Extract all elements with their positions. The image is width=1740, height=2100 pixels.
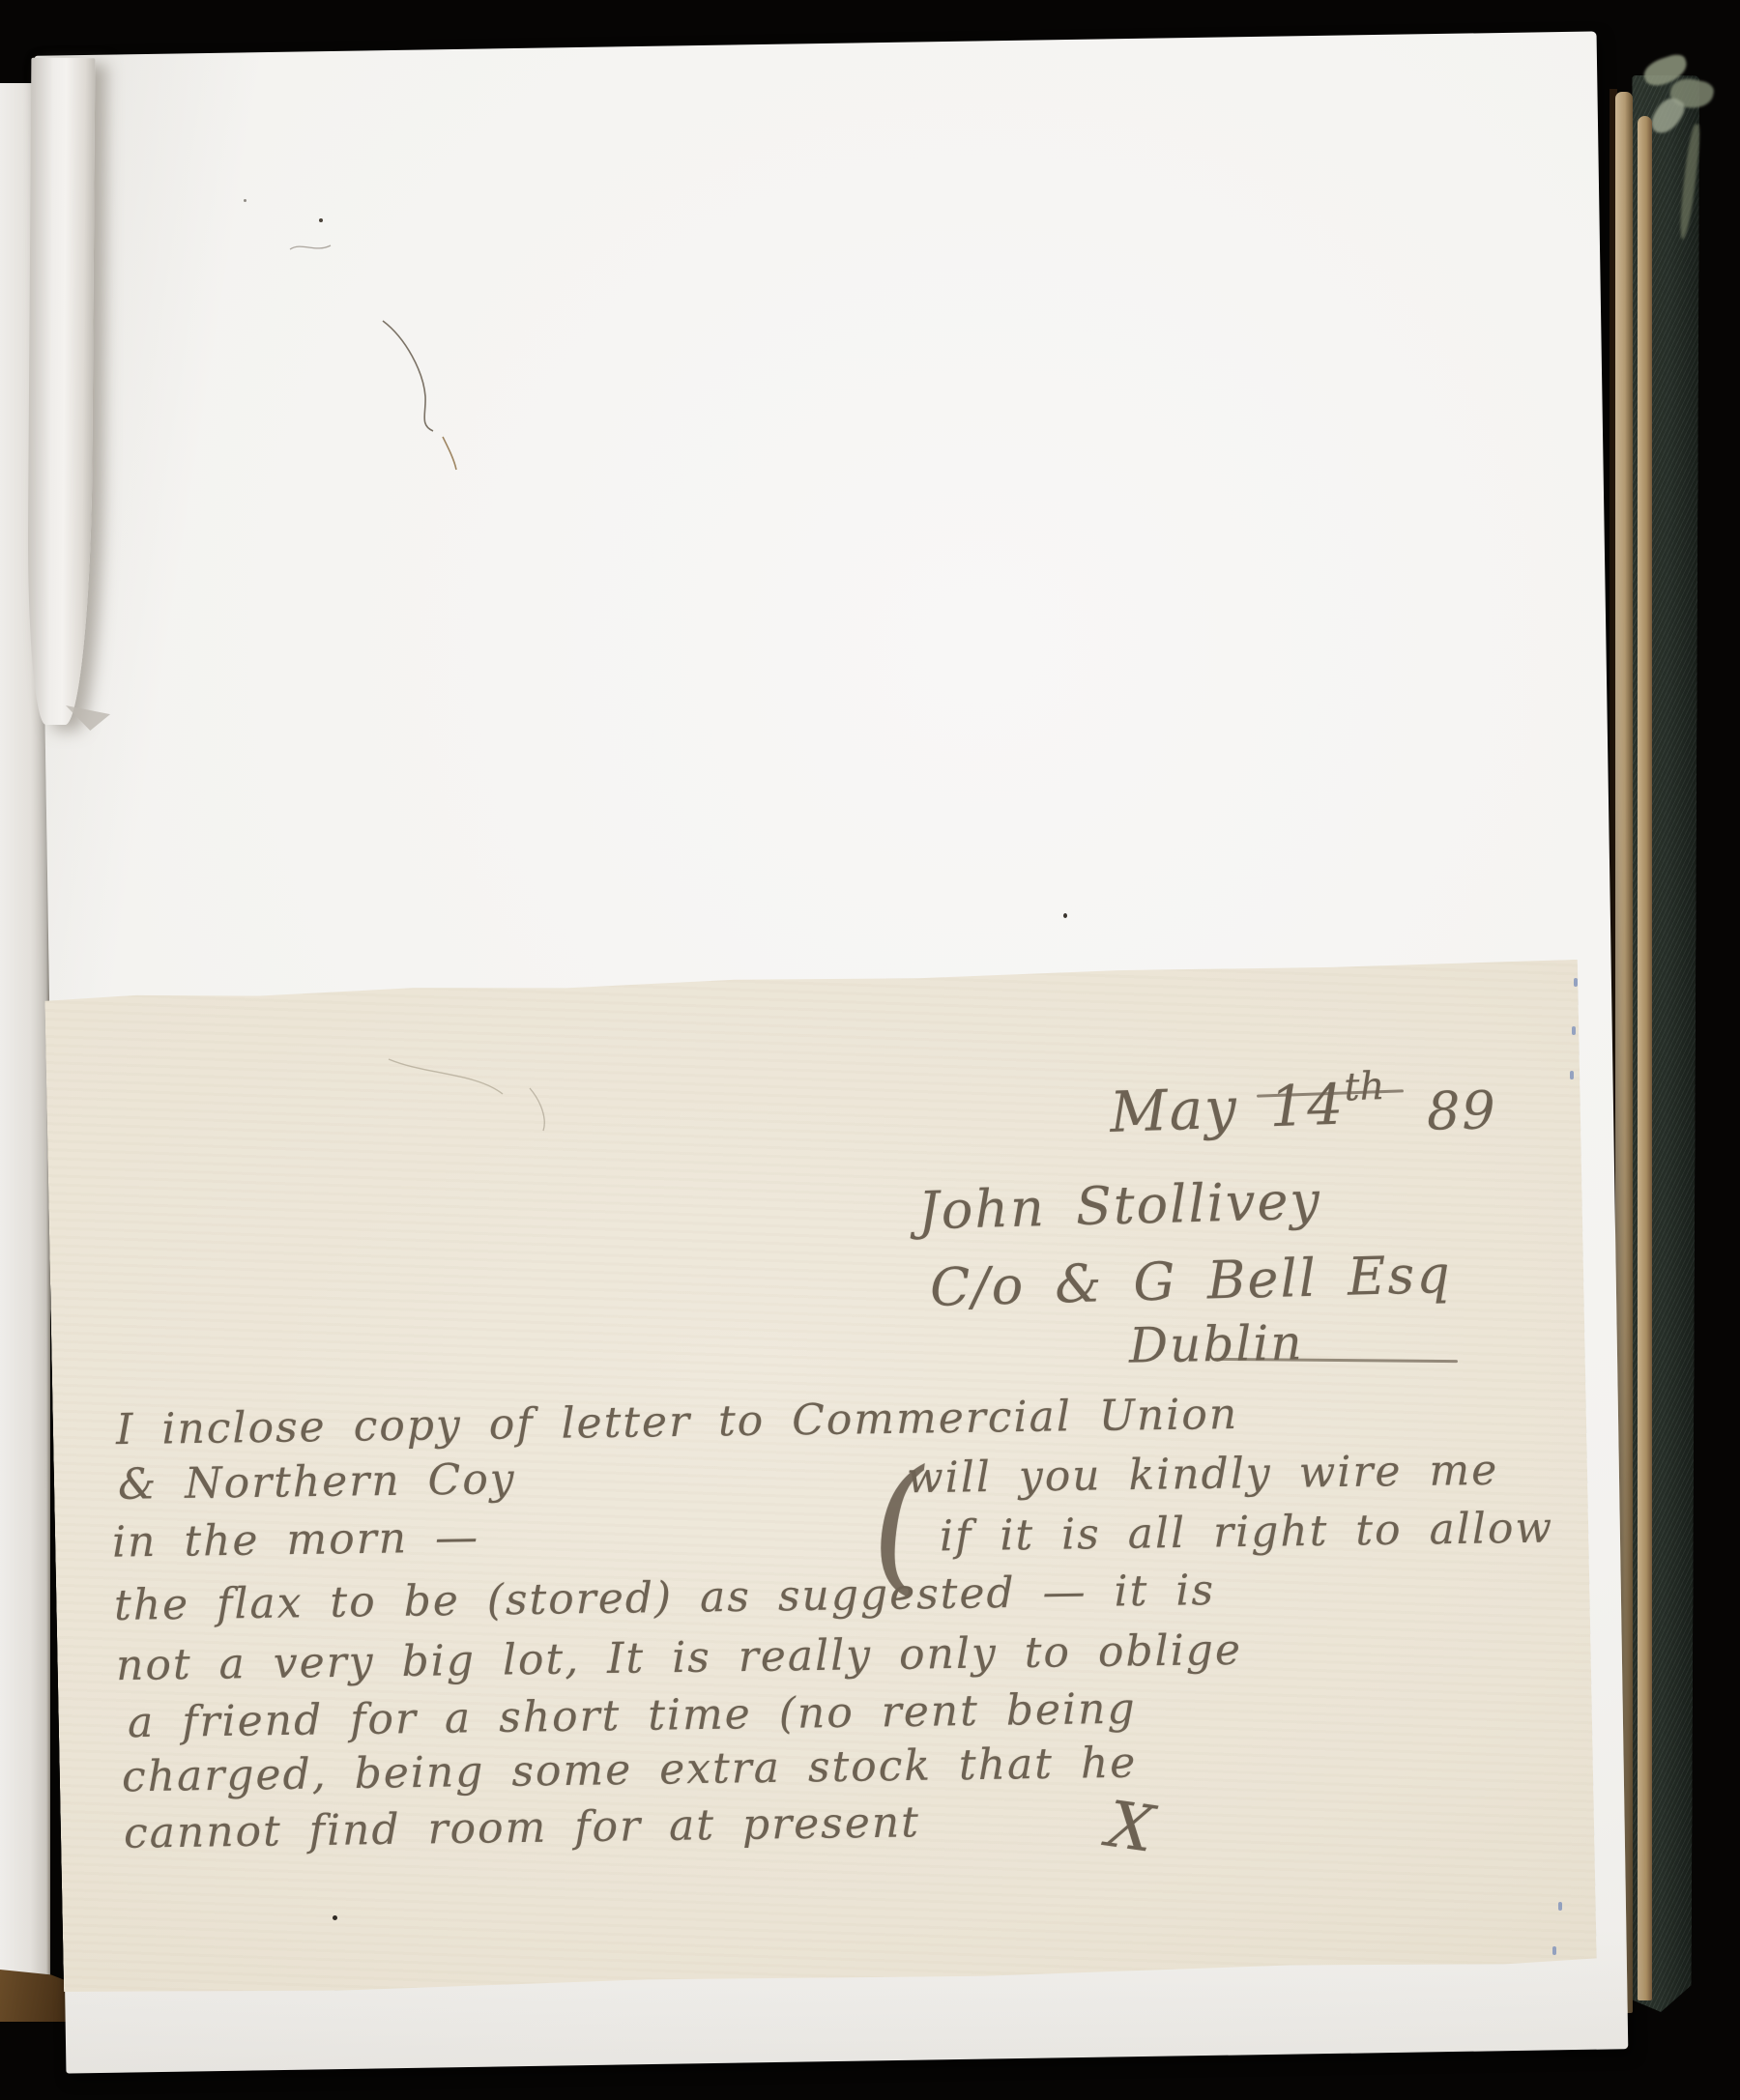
blue-edge-speck [1558,1902,1562,1911]
dust-speck [319,218,323,222]
page-edges-stack [1638,116,1652,2000]
blue-edge-speck [1552,1946,1556,1955]
photographed-letterbook-page: May 14th 89 John Stollivey C/o & G Bell … [0,0,1740,2100]
dust-speck [333,1915,337,1920]
recipient-city: Dublin [1129,1314,1304,1373]
letter-date-day: May 14 [1109,1072,1346,1145]
letter-date-ordinal: th [1344,1064,1385,1109]
letter-body-line: will you kindly wire me [907,1446,1499,1504]
letter-date: May 14th [1109,1064,1386,1145]
letter-date-year: 89 [1426,1079,1497,1141]
letter-body-line: & Northern Coy [118,1454,516,1510]
letter-body-line: if it is all right to allow [940,1504,1554,1562]
letter-body-line: in the morn — [112,1512,480,1567]
blue-edge-speck [1574,978,1578,987]
book-cover-spine [1624,75,1700,2012]
dust-speck [244,199,246,202]
blue-edge-speck [1572,1026,1576,1035]
blue-edge-speck [1570,1071,1574,1079]
curled-page-edge [27,58,96,725]
recipient-name: John Stollivey [917,1170,1321,1242]
dust-speck [1063,913,1067,918]
